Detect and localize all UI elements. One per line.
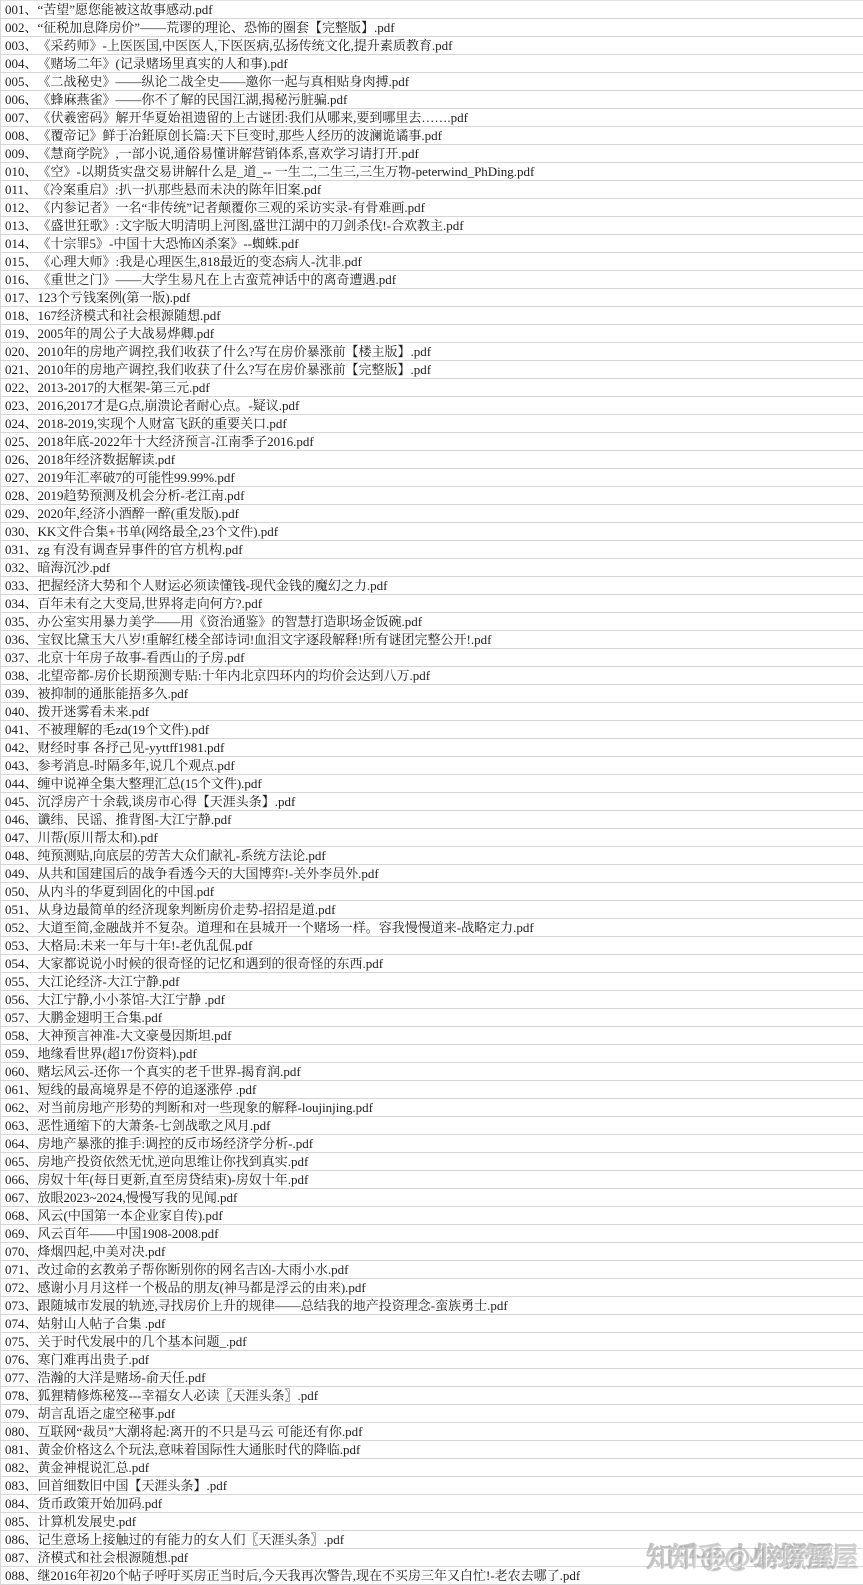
file-name: 黄金价格这么个玩法,意味着国际性大通胀时代的降临.pdf [38,1441,361,1458]
file-number: 005 [5,73,25,90]
list-item: 019、2005年的周公子大战易烨卿.pdf [1,325,863,343]
file-name: 缠中说禅全集大整理汇总(15个文件).pdf [38,775,262,792]
list-item: 059、地缘看世界(超17份资料).pdf [1,1045,863,1063]
file-number: 039 [5,685,25,702]
number-separator: 、 [25,613,38,630]
file-name: 2018-2019,实现个人财富飞跃的重要关口.pdf [38,415,287,432]
list-item: 016、《重世之门》——大学生易凡在上古蛮荒神话中的离奇遭遇.pdf [1,271,863,289]
number-separator: 、 [25,685,38,702]
number-separator: 、 [25,793,38,810]
list-item: 033、把握经济大势和个人财运必须读懂钱-现代金钱的魔幻之力.pdf [1,577,863,595]
number-separator: 、 [25,487,38,504]
file-name: 继2016年初20个帖子呼吁买房正当时后,今天我再次警告,现在不买房三年又白忙!… [38,1567,581,1584]
file-name: 《心理大师》:我是心理医生,818最近的变态病人-沈非.pdf [38,253,362,270]
list-item: 048、纯预测贴,向底层的劳苦大众们献礼-系统方法论.pdf [1,847,863,865]
file-number: 057 [5,1009,25,1026]
file-name: 2005年的周公子大战易烨卿.pdf [38,325,215,342]
file-number: 056 [5,991,25,1008]
file-name: 浩瀚的大洋是赌场-俞天任.pdf [38,1369,206,1386]
list-item: 027、2019年汇率破7的可能性99.99%.pdf [1,469,863,487]
file-name: 2018年底-2022年十大经济预言-江南季子2016.pdf [38,433,314,450]
file-name: 姑射山人帖子合集 .pdf [38,1315,166,1332]
file-number: 006 [5,91,25,108]
file-name: 沉浮房产十余载,谈房市心得【天涯头条】.pdf [38,793,296,810]
list-item: 007、《伏羲密码》解开华夏始祖遗留的上古谜团:我们从哪来,要到哪里去…….pd… [1,109,863,127]
file-name: 地缘看世界(超17份资料).pdf [38,1045,197,1062]
file-number: 079 [5,1405,25,1422]
file-number: 012 [5,199,25,216]
file-name: 恶性通缩下的大萧条-七剑战歌之风月.pdf [38,1117,271,1134]
list-item: 076、寒门难再出贵子.pdf [1,1351,863,1369]
list-item: 063、恶性通缩下的大萧条-七剑战歌之风月.pdf [1,1117,863,1135]
file-name: 狐狸精修炼秘笈---幸福女人必读〖天涯头条〗.pdf [38,1387,319,1404]
file-name: 2010年的房地产调控,我们收获了什么?写在房价暴涨前【楼主版】.pdf [38,343,432,360]
file-number: 060 [5,1063,25,1080]
file-number: 032 [5,559,25,576]
list-item: 082、黄金神棍说汇总.pdf [1,1459,863,1477]
list-item: 056、大江宁静,小小茶馆-大江宁静 .pdf [1,991,863,1009]
number-separator: 、 [24,181,37,198]
file-number: 062 [5,1099,25,1116]
number-separator: 、 [25,1387,38,1404]
list-item: 005、《二战秘史》——纵论二战全史——邀你一起与真相贴身肉搏.pdf [1,73,863,91]
file-number: 020 [5,343,25,360]
number-separator: 、 [25,1405,38,1422]
number-separator: 、 [25,1027,38,1044]
file-number: 029 [5,505,25,522]
file-number: 076 [5,1351,25,1368]
number-separator: 、 [25,811,38,828]
file-name: 2016,2017才是G点,崩溃论者耐心点。-疑议.pdf [38,397,300,414]
list-item: 071、改过命的玄教弟子帮你断别你的网名吉凶-大雨小水.pdf [1,1261,863,1279]
list-item: 009、《慧商学院》,一部小说,通俗易懂讲解营销体系,喜欢学习请打开.pdf [1,145,863,163]
file-name: 大家都说说小时候的很奇怪的记忆和遇到的很奇怪的东西.pdf [38,955,384,972]
file-number: 028 [5,487,25,504]
file-name: 北京十年房子故事-看西山的子房.pdf [38,649,245,666]
number-separator: 、 [25,595,38,612]
list-item: 073、跟随城市发展的轨迹,寻找房价上升的规律——总结我的地产投资理念-蛮族勇士… [1,1297,863,1315]
list-item: 087、济模式和社会根源随想.pdf [1,1549,863,1567]
list-item: 028、2019趋势预测及机会分析-老江南.pdf [1,487,863,505]
file-name: 《伏羲密码》解开华夏始祖遗留的上古谜团:我们从哪来,要到哪里去…….pdf [38,109,468,126]
file-number: 017 [5,289,25,306]
list-item: 055、大江论经济-大江宁静.pdf [1,973,863,991]
file-name: 从共和国建国后的战争看透今天的大国博弈!-关外李员外.pdf [38,865,379,882]
file-number: 014 [5,235,25,252]
file-number: 050 [5,883,25,900]
file-number: 051 [5,901,25,918]
number-separator: 、 [25,1315,38,1332]
file-name: 2020年,经济小酒醉一醉(重发版).pdf [38,505,240,522]
number-separator: 、 [25,1135,38,1152]
list-item: 064、房地产暴涨的推手:调控的反市场经济学分析-.pdf [1,1135,863,1153]
list-item: 011、《冷案重启》:扒一扒那些悬而未决的陈年旧案.pdf [1,181,863,199]
number-separator: 、 [25,883,38,900]
file-name: 大道至简,金融战并不复杂。道理和在县城开一个赌场一样。容我慢慢道来-战略定力.p… [38,919,534,936]
number-separator: 、 [25,361,38,378]
file-name: 2010年的房地产调控,我们收获了什么?写在房价暴涨前【完整版】.pdf [38,361,432,378]
file-number: 064 [5,1135,25,1152]
file-number: 025 [5,433,25,450]
list-item: 042、财经时事 各抒己见-yyttff1981.pdf [1,739,863,757]
number-separator: 、 [25,919,38,936]
number-separator: 、 [25,1549,38,1566]
number-separator: 、 [25,109,38,126]
file-number: 048 [5,847,25,864]
list-item: 054、大家都说说小时候的很奇怪的记忆和遇到的很奇怪的东西.pdf [1,955,863,973]
file-name: 风云百年——中国1908-2008.pdf [38,1225,219,1242]
file-number: 010 [5,163,25,180]
list-item: 081、黄金价格这么个玩法,意味着国际性大通胀时代的降临.pdf [1,1441,863,1459]
list-item: 066、房奴十年(每日更新,直至房贷结束)-房奴十年.pdf [1,1171,863,1189]
number-separator: 、 [25,649,38,666]
file-number: 007 [5,109,25,126]
list-item: 068、风云(中国第一本企业家自传).pdf [1,1207,863,1225]
number-separator: 、 [25,1045,38,1062]
file-number: 061 [5,1081,25,1098]
file-number: 027 [5,469,25,486]
number-separator: 、 [25,1423,38,1440]
file-number: 067 [5,1189,25,1206]
file-number: 011 [5,181,24,198]
number-separator: 、 [25,1,38,18]
list-item: 043、参考消息-时隔多年,说几个观点.pdf [1,757,863,775]
list-item: 006、《蜂麻燕雀》——你不了解的民国江湖,揭秘污脏骗.pdf [1,91,863,109]
list-item: 057、大鹏金翅明王合集.pdf [1,1009,863,1027]
file-number: 001 [5,1,25,18]
file-number: 013 [5,217,25,234]
file-name: 风云(中国第一本企业家自传).pdf [38,1207,223,1224]
file-name: 参考消息-时隔多年,说几个观点.pdf [38,757,235,774]
list-item: 026、2018年经济数据解读.pdf [1,451,863,469]
file-name: KK文件合集+书单(网络最全,23个文件).pdf [38,523,279,540]
number-separator: 、 [25,217,38,234]
list-item: 058、大神预言神准-大文豪曼因斯坦.pdf [1,1027,863,1045]
file-name: 房奴十年(每日更新,直至房贷结束)-房奴十年.pdf [38,1171,309,1188]
number-separator: 、 [25,1441,38,1458]
file-number: 003 [5,37,25,54]
number-separator: 、 [25,145,38,162]
file-name: 《二战秘史》——纵论二战全史——邀你一起与真相贴身肉搏.pdf [38,73,410,90]
file-name: 2019年汇率破7的可能性99.99%.pdf [38,469,235,486]
list-item: 061、短线的最高境界是不停的追逐涨停 .pdf [1,1081,863,1099]
file-number: 038 [5,667,25,684]
file-name: 从内斗的华夏到固化的中国.pdf [38,883,215,900]
file-name: 房地产暴涨的推手:调控的反市场经济学分析-.pdf [38,1135,314,1152]
number-separator: 、 [25,667,38,684]
list-item: 072、感谢小月月这样一个极品的朋友(神马都是浮云的由来).pdf [1,1279,863,1297]
file-name: 寒门难再出贵子.pdf [38,1351,150,1368]
list-item: 037、北京十年房子故事-看西山的子房.pdf [1,649,863,667]
file-name: 跟随城市发展的轨迹,寻找房价上升的规律——总结我的地产投资理念-蛮族勇士.pdf [38,1297,508,1314]
file-name: 《慧商学院》,一部小说,通俗易懂讲解营销体系,喜欢学习请打开.pdf [38,145,419,162]
file-name: 回首细数旧中国【天涯头条】.pdf [38,1477,228,1494]
number-separator: 、 [25,415,38,432]
file-name: 从身边最简单的经济现象判断房价走势-招招是道.pdf [38,901,336,918]
file-number: 033 [5,577,25,594]
number-separator: 、 [25,55,38,72]
number-separator: 、 [25,1495,38,1512]
number-separator: 、 [25,91,38,108]
list-item: 014、《十宗罪5》-中国十大恐怖凶杀案》--蜘蛛.pdf [1,235,863,253]
list-item: 084、货币政策开始加码.pdf [1,1495,863,1513]
file-name: 《覆帝记》鲜于冶銋原创长篇:天下巨变时,那些人经历的波澜诡谲事.pdf [38,127,442,144]
file-name: 放眼2023~2024,慢慢写我的见闻.pdf [38,1189,238,1206]
file-name: 把握经济大势和个人财运必须读懂钱-现代金钱的魔幻之力.pdf [38,577,388,594]
file-name: 不被理解的毛zd(19个文件).pdf [38,721,210,738]
file-name: “征税加息降房价”——荒谬的理论、恐怖的圈套【完整版】.pdf [38,19,395,36]
file-number: 071 [5,1261,25,1278]
file-name: 大鹏金翅明王合集.pdf [38,1009,163,1026]
list-item: 030、KK文件合集+书单(网络最全,23个文件).pdf [1,523,863,541]
number-separator: 、 [25,721,38,738]
list-item: 036、宝钗比黛玉大八岁!重解红楼全部诗词!血泪文字逐段解释!所有谜团完整公开!… [1,631,863,649]
file-name: 《蜂麻燕雀》——你不了解的民国江湖,揭秘污脏骗.pdf [38,91,348,108]
file-number: 049 [5,865,25,882]
file-name: 《盛世狂歌》:文字版大明清明上河图,盛世江湖中的刀剑杀伐!-合欢教主.pdf [38,217,464,234]
number-separator: 、 [25,73,38,90]
file-name: 记生意场上接触过的有能力的女人们〖天涯头条〗.pdf [38,1531,345,1548]
list-item: 077、浩瀚的大洋是赌场-俞天任.pdf [1,1369,863,1387]
file-name: 改过命的玄教弟子帮你断别你的网名吉凶-大雨小水.pdf [38,1261,349,1278]
file-number: 022 [5,379,25,396]
file-list: 001、“苦望”愿您能被这故事感动.pdf002、“征税加息降房价”——荒谬的理… [0,0,863,1585]
number-separator: 、 [25,1171,38,1188]
list-item: 080、互联网“裁员”大潮将起:离开的不只是马云 可能还有你.pdf [1,1423,863,1441]
file-number: 046 [5,811,25,828]
number-separator: 、 [25,271,38,288]
list-item: 044、缠中说禅全集大整理汇总(15个文件).pdf [1,775,863,793]
list-item: 029、2020年,经济小酒醉一醉(重发版).pdf [1,505,863,523]
number-separator: 、 [25,1333,38,1350]
list-item: 070、烽烟四起,中美对决.pdf [1,1243,863,1261]
file-number: 077 [5,1369,25,1386]
list-item: 079、胡言乱语之虚空秘事.pdf [1,1405,863,1423]
list-item: 041、不被理解的毛zd(19个文件).pdf [1,721,863,739]
list-item: 067、放眼2023~2024,慢慢写我的见闻.pdf [1,1189,863,1207]
file-name: 纯预测贴,向底层的劳苦大众们献礼-系统方法论.pdf [38,847,326,864]
number-separator: 、 [25,973,38,990]
number-separator: 、 [25,235,38,252]
list-item: 034、百年未有之大变局,世界将走向何方?.pdf [1,595,863,613]
file-number: 065 [5,1153,25,1170]
number-separator: 、 [25,1261,38,1278]
file-number: 069 [5,1225,25,1242]
number-separator: 、 [25,469,38,486]
number-separator: 、 [25,1063,38,1080]
list-item: 053、大格局:未来一年与十年!-老仇乱侃.pdf [1,937,863,955]
file-number: 016 [5,271,25,288]
list-item: 086、记生意场上接触过的有能力的女人们〖天涯头条〗.pdf [1,1531,863,1549]
number-separator: 、 [25,523,38,540]
number-separator: 、 [25,397,38,414]
file-number: 047 [5,829,25,846]
file-name: 关于时代发展中的几个基本问题_.pdf [38,1333,247,1350]
number-separator: 、 [25,19,38,36]
file-number: 075 [5,1333,25,1350]
file-name: 赌坛风云-还你一个真实的老千世界-揭育润.pdf [38,1063,301,1080]
file-number: 023 [5,397,25,414]
file-number: 084 [5,1495,25,1512]
file-name: 川帮(原川帮太和).pdf [38,829,158,846]
file-name: 货币政策开始加码.pdf [38,1495,163,1512]
file-name: 123个亏钱案例(第一版).pdf [38,289,191,306]
number-separator: 、 [25,1459,38,1476]
file-number: 055 [5,973,25,990]
file-number: 002 [5,19,25,36]
file-number: 054 [5,955,25,972]
file-name: 大格局:未来一年与十年!-老仇乱侃.pdf [38,937,253,954]
list-item: 085、计算机发展史.pdf [1,1513,863,1531]
file-number: 088 [5,1567,25,1584]
list-item: 083、回首细数旧中国【天涯头条】.pdf [1,1477,863,1495]
number-separator: 、 [25,775,38,792]
list-item: 050、从内斗的华夏到固化的中国.pdf [1,883,863,901]
file-number: 008 [5,127,25,144]
file-name: 《重世之门》——大学生易凡在上古蛮荒神话中的离奇遭遇.pdf [38,271,397,288]
file-name: 房地产投资依然无忧,逆向思维让你找到真实.pdf [38,1153,309,1170]
file-number: 024 [5,415,25,432]
list-item: 031、zg 有没有调查异事件的官方机构.pdf [1,541,863,559]
file-name: 胡言乱语之虚空秘事.pdf [38,1405,176,1422]
file-number: 080 [5,1423,25,1440]
file-name: 暗海沉沙.pdf [38,559,111,576]
file-name: zg 有没有调查异事件的官方机构.pdf [38,541,243,558]
file-name: 《十宗罪5》-中国十大恐怖凶杀案》--蜘蛛.pdf [38,235,299,252]
list-item: 008、《覆帝记》鲜于冶銋原创长篇:天下巨变时,那些人经历的波澜诡谲事.pdf [1,127,863,145]
file-name: 百年未有之大变局,世界将走向何方?.pdf [38,595,263,612]
file-name: 《采药师》-上医医国,中医医人,下医医病,弘扬传统文化,提升素质教育.pdf [38,37,453,54]
number-separator: 、 [25,1567,38,1584]
file-number: 045 [5,793,25,810]
list-item: 060、赌坛风云-还你一个真实的老千世界-揭育润.pdf [1,1063,863,1081]
file-number: 031 [5,541,25,558]
list-item: 049、从共和国建国后的战争看透今天的大国博弈!-关外李员外.pdf [1,865,863,883]
file-name: 大江宁静,小小茶馆-大江宁静 .pdf [38,991,225,1008]
file-name: 拨开迷雾看未来.pdf [38,703,150,720]
file-number: 073 [5,1297,25,1314]
list-item: 004、《赌场二年》(记录赌场里真实的人和事).pdf [1,55,863,73]
file-number: 034 [5,595,25,612]
list-item: 047、川帮(原川帮太和).pdf [1,829,863,847]
file-name: 北望帝都-房价长期预测专贴:十年内北京四环内的均价会达到八万.pdf [38,667,431,684]
list-item: 035、办公室实用暴力美学——用《资治通鉴》的智慧打造职场金饭碗.pdf [1,613,863,631]
file-number: 052 [5,919,25,936]
file-name: 感谢小月月这样一个极品的朋友(神马都是浮云的由来).pdf [38,1279,366,1296]
number-separator: 、 [25,847,38,864]
file-number: 082 [5,1459,25,1476]
file-number: 059 [5,1045,25,1062]
list-item: 062、对当前房地产形势的判断和对一些现象的解释-loujinjing.pdf [1,1099,863,1117]
list-item: 074、姑射山人帖子合集 .pdf [1,1315,863,1333]
list-item: 078、狐狸精修炼秘笈---幸福女人必读〖天涯头条〗.pdf [1,1387,863,1405]
file-name: 计算机发展史.pdf [38,1513,137,1530]
file-number: 018 [5,307,25,324]
number-separator: 、 [25,451,38,468]
file-number: 053 [5,937,25,954]
file-name: 167经济模式和社会根源随想.pdf [38,307,221,324]
number-separator: 、 [25,1225,38,1242]
list-item: 032、暗海沉沙.pdf [1,559,863,577]
file-name: 《赌场二年》(记录赌场里真实的人和事).pdf [38,55,288,72]
number-separator: 、 [25,865,38,882]
list-item: 015、《心理大师》:我是心理医生,818最近的变态病人-沈非.pdf [1,253,863,271]
number-separator: 、 [25,955,38,972]
number-separator: 、 [25,289,38,306]
list-item: 069、风云百年——中国1908-2008.pdf [1,1225,863,1243]
number-separator: 、 [25,631,38,648]
list-item: 001、“苦望”愿您能被这故事感动.pdf [1,1,863,19]
file-number: 072 [5,1279,25,1296]
file-name: 2013-2017的大框架-第三元.pdf [38,379,210,396]
file-name: “苦望”愿您能被这故事感动.pdf [38,1,213,18]
file-number: 015 [5,253,25,270]
number-separator: 、 [25,1243,38,1260]
number-separator: 、 [25,37,38,54]
list-item: 046、谶纬、民谣、推背图-大江宁静.pdf [1,811,863,829]
number-separator: 、 [25,307,38,324]
file-name: 《空》-以期货实盘交易讲解什么是_道_-- 一生二,二生三,三生万物-peter… [38,163,535,180]
number-separator: 、 [25,253,38,270]
number-separator: 、 [25,1153,38,1170]
number-separator: 、 [25,559,38,576]
number-separator: 、 [25,163,38,180]
list-item: 012、《内参记者》一名“非传统”记者颠覆你三观的采访实录-有骨难画.pdf [1,199,863,217]
number-separator: 、 [25,199,38,216]
list-item: 025、2018年底-2022年十大经济预言-江南季子2016.pdf [1,433,863,451]
number-separator: 、 [25,1513,38,1530]
list-item: 003、《采药师》-上医医国,中医医人,下医医病,弘扬传统文化,提升素质教育.p… [1,37,863,55]
number-separator: 、 [25,1099,38,1116]
number-separator: 、 [25,1081,38,1098]
number-separator: 、 [25,1369,38,1386]
file-number: 019 [5,325,25,342]
file-number: 074 [5,1315,25,1332]
file-name: 济模式和社会根源随想.pdf [38,1549,189,1566]
number-separator: 、 [25,1297,38,1314]
file-number: 081 [5,1441,25,1458]
file-number: 063 [5,1117,25,1134]
number-separator: 、 [25,541,38,558]
file-name: 烽烟四起,中美对决.pdf [38,1243,166,1260]
file-name: 被抑制的通胀能捂多久.pdf [38,685,189,702]
number-separator: 、 [25,739,38,756]
file-number: 043 [5,757,25,774]
list-item: 039、被抑制的通胀能捂多久.pdf [1,685,863,703]
list-item: 023、2016,2017才是G点,崩溃论者耐心点。-疑议.pdf [1,397,863,415]
number-separator: 、 [25,901,38,918]
file-number: 087 [5,1549,25,1566]
number-separator: 、 [25,343,38,360]
list-item: 013、《盛世狂歌》:文字版大明清明上河图,盛世江湖中的刀剑杀伐!-合欢教主.p… [1,217,863,235]
file-number: 037 [5,649,25,666]
list-item: 022、2013-2017的大框架-第三元.pdf [1,379,863,397]
file-number: 083 [5,1477,25,1494]
list-item: 021、2010年的房地产调控,我们收获了什么?写在房价暴涨前【完整版】.pdf [1,361,863,379]
number-separator: 、 [25,577,38,594]
number-separator: 、 [25,1351,38,1368]
file-number: 036 [5,631,25,648]
number-separator: 、 [25,829,38,846]
file-name: 互联网“裁员”大潮将起:离开的不只是马云 可能还有你.pdf [38,1423,363,1440]
number-separator: 、 [25,1279,38,1296]
file-name: 办公室实用暴力美学——用《资治通鉴》的智慧打造职场金饭碗.pdf [38,613,423,630]
file-number: 035 [5,613,25,630]
list-item: 002、“征税加息降房价”——荒谬的理论、恐怖的圈套【完整版】.pdf [1,19,863,37]
file-name: 2018年经济数据解读.pdf [38,451,176,468]
file-name: 大江论经济-大江宁静.pdf [38,973,180,990]
file-number: 041 [5,721,25,738]
